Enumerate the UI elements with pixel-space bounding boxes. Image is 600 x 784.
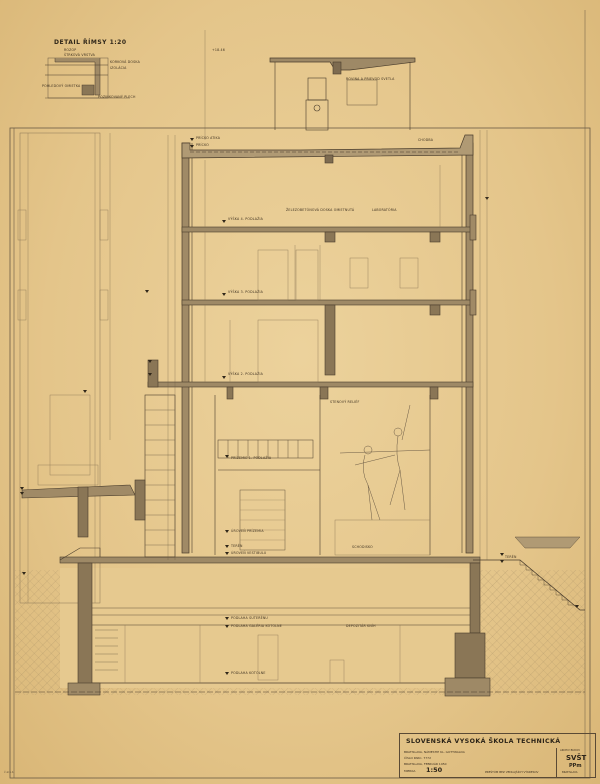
detail-label: KORKOVÁ DOSKA bbox=[110, 60, 140, 64]
detail-label: ROZOP bbox=[64, 48, 76, 52]
room-label-basement: DEPOZITÁR KNÍH bbox=[346, 624, 376, 628]
detail-label: POHLEDOVÝ OMIETKA bbox=[42, 84, 80, 88]
title-note: PREŠTÚM BEZ VEDĽAJŠÍCH VÝKRESOV bbox=[485, 770, 538, 774]
level-label-floor2: VÝŠKA 2. PODLAŽIA bbox=[228, 372, 263, 376]
room-label-roof: ROVINA A PRIEVOD SVETLA bbox=[346, 77, 395, 81]
level-label-terrain: TERÉN bbox=[231, 544, 243, 548]
room-label-corridor: CHODBA bbox=[418, 138, 433, 142]
level-label-roof-top: +18.46 bbox=[212, 48, 225, 52]
relief-label: STENOVÝ RELIÉF bbox=[330, 400, 360, 404]
detail-label: ŠTRKOVÁ VRSTVA bbox=[64, 53, 95, 57]
level-label-attic: PRÍCKO ATIKA bbox=[196, 136, 220, 140]
scale-label: MIERKA bbox=[404, 769, 415, 773]
archive-stamp: ARCHIV BUDOV SVŠT PPm BRATISLAVA bbox=[556, 748, 595, 777]
stamp-sub: PPm bbox=[569, 763, 582, 769]
building-section-drawing bbox=[0, 0, 600, 784]
detail-label: POZINKOVANÝ PLECH bbox=[98, 95, 136, 99]
level-label-entrance: ÚROVEŇ VESTIBULU bbox=[231, 551, 266, 555]
level-label-floor4: VÝŠKA 4. PODLAŽIA bbox=[228, 217, 263, 221]
title-block: SLOVENSKÁ VYSOKÁ ŠKOLA TECHNICKÁ BRATISL… bbox=[399, 733, 596, 778]
inventory-stamp: č.inv.1 bbox=[4, 770, 14, 774]
detail-title: DETAIL ŘÍMSY 1:20 bbox=[54, 39, 127, 46]
ceiling-note: ŽELEZOBETÓNOVÁ DOSKA OMIETNUTÁ bbox=[286, 208, 354, 212]
location-line: BRATISLAVA, NÁMESTIE KL. GOTTWALDA bbox=[404, 750, 465, 754]
stamp-city: BRATISLAVA bbox=[562, 771, 578, 774]
room-label-labs: LABORATÓRIA bbox=[372, 208, 397, 212]
archive-label: ARCHIV BUDOV bbox=[560, 749, 580, 752]
school-name: SLOVENSKÁ VYSOKÁ ŠKOLA TECHNICKÁ bbox=[406, 738, 561, 745]
detail-label: IZOLÁCIA bbox=[110, 66, 127, 70]
scale-value: 1:50 bbox=[426, 766, 442, 774]
stair-note: SCHODISKO bbox=[352, 545, 373, 549]
level-label-ground: ÚROVEŇ PRÍZEMIA bbox=[231, 529, 264, 533]
level-label-floor3: VÝŠKA 3. PODLAŽIA bbox=[228, 290, 263, 294]
stamp-svst: SVŠT bbox=[566, 754, 586, 762]
level-label-basement-gallery: PODLAHA GALÉRIA KOTOLNE bbox=[231, 624, 282, 628]
level-label-floor1: PRÍZEMIE 1. PODLAŽIA bbox=[231, 456, 271, 460]
level-label-floor5: PRÍCKO bbox=[196, 143, 209, 147]
level-label-basement-floor: PODLAHA SUTERÉNU bbox=[231, 616, 268, 620]
parcel-line: ČÍSLO PARC. 7772 bbox=[404, 756, 431, 760]
level-label-boiler: PODLAHA KOTOLNE bbox=[231, 671, 266, 675]
level-label-terrain-right: TERÉN bbox=[505, 555, 517, 559]
